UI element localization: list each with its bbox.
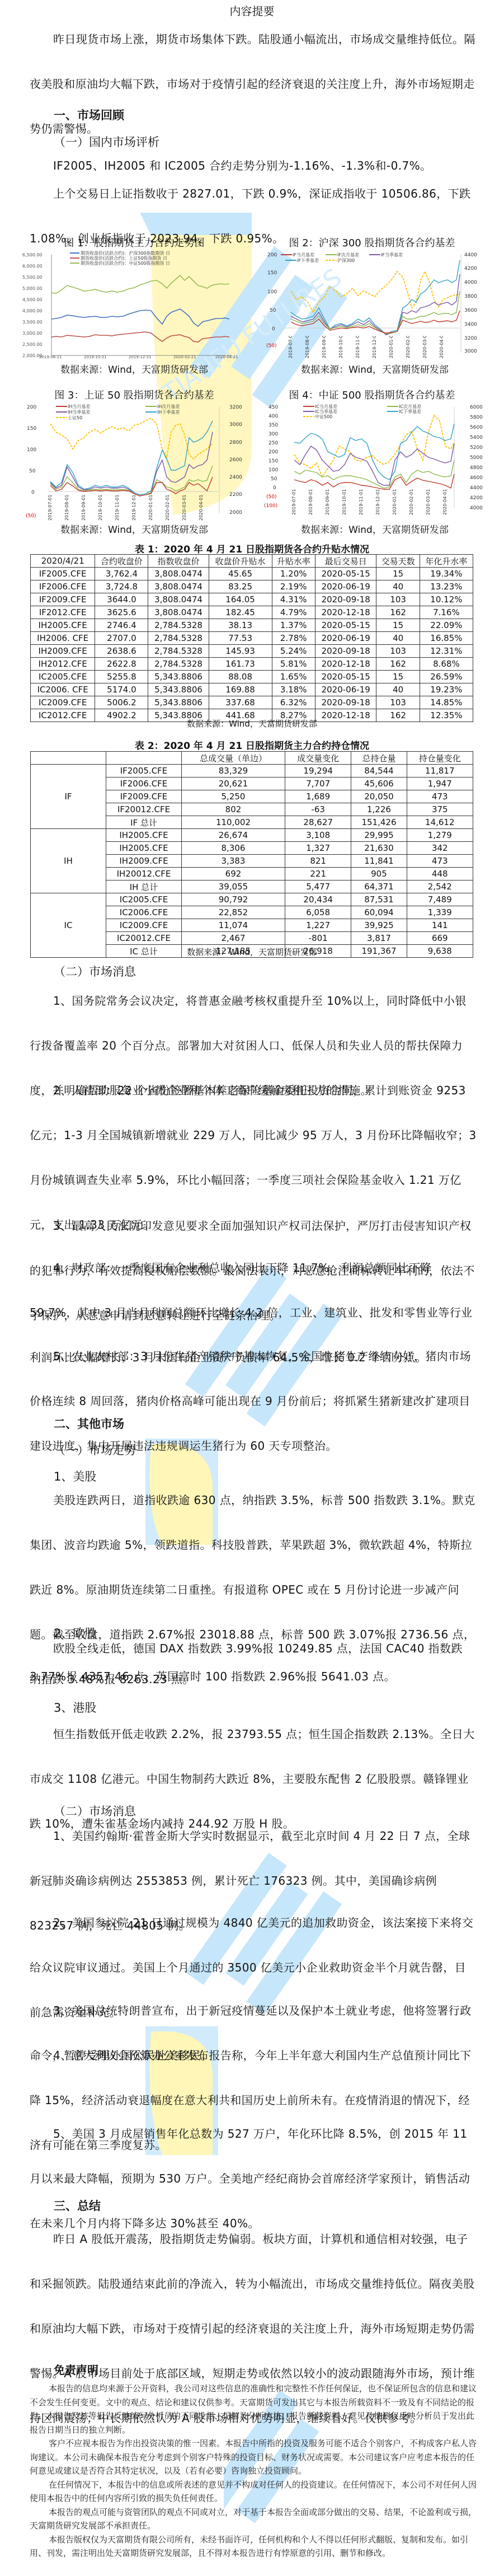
table-cell: 473 xyxy=(407,855,473,868)
figure-2-source: 数据来源：Wind，天富期货研发部 xyxy=(263,362,487,376)
table-cell: 2.19% xyxy=(272,580,315,593)
table-cell: IF2006.CFE xyxy=(106,778,182,790)
table-cell: 164.05 xyxy=(209,593,272,606)
svg-text:400: 400 xyxy=(269,414,278,419)
table-cell: IH 总计 xyxy=(106,880,182,893)
table-cell: 3,762.4 xyxy=(95,568,148,580)
table-row: IFIF2005.CFE83,32919,29484,54411,817 xyxy=(31,765,473,778)
table-cell: 5255.8 xyxy=(95,671,148,683)
svg-text:3,500.00: 3,500.00 xyxy=(22,320,43,325)
table-cell: 7.16% xyxy=(420,606,473,619)
svg-text:(50): (50) xyxy=(266,494,276,500)
svg-text:2020-04-01: 2020-04-01 xyxy=(199,495,204,521)
svg-text:2019-09-01: 2019-09-01 xyxy=(322,336,327,358)
table-cell: IH2005.CFE xyxy=(106,829,182,842)
svg-text:IH下季基差: IH下季基差 xyxy=(157,409,180,415)
table-cell: 20,434 xyxy=(285,893,351,906)
svg-text:5800: 5800 xyxy=(470,415,483,420)
disclaimer-paragraph: 本报告的信息均来源于公开资料，我公司对这些信息的准确性和完整性不作任何保证，也不… xyxy=(30,2382,477,2437)
svg-text:2000: 2000 xyxy=(229,510,242,516)
table-cell: 4.79% xyxy=(272,606,315,619)
table-cell: IF2009.CFE xyxy=(106,790,182,803)
table-cell: 6,058 xyxy=(285,906,351,919)
table-cell: 161.73 xyxy=(209,658,272,671)
table-cell: 5,477 xyxy=(285,880,351,893)
svg-text:2019-11-01: 2019-11-01 xyxy=(355,336,360,358)
svg-text:2020-03-01: 2020-03-01 xyxy=(426,489,431,516)
svg-text:3600: 3600 xyxy=(464,308,477,313)
svg-text:IC下季基差: IC下季基差 xyxy=(399,409,421,414)
svg-text:4400: 4400 xyxy=(470,485,483,491)
table-cell: 473 xyxy=(407,790,473,803)
svg-text:2019-11-01: 2019-11-01 xyxy=(359,489,364,516)
svg-text:350: 350 xyxy=(269,423,278,428)
table-cell: 22.09% xyxy=(420,619,473,632)
svg-text:5600: 5600 xyxy=(470,425,483,430)
table-cell: 12.31% xyxy=(420,645,473,658)
table-cell: 1,947 xyxy=(407,778,473,790)
table-cell: -63 xyxy=(285,803,351,816)
table-cell: IF2012.CFE xyxy=(31,606,95,619)
svg-text:2020-01-01: 2020-01-01 xyxy=(389,336,394,358)
svg-text:6,500.00: 6,500.00 xyxy=(22,252,43,257)
svg-text:2200: 2200 xyxy=(229,492,242,498)
table-cell: 3,808.0474 xyxy=(148,593,209,606)
table-row: ICIC2005.CFE90,79220,43487,5317,489 xyxy=(31,893,473,906)
figure-3-source: 数据来源：Wind，天富期货研发部 xyxy=(22,522,246,536)
table-cell: IF20012.CFE xyxy=(106,803,182,816)
svg-text:450: 450 xyxy=(269,405,278,410)
svg-text:2019-12-01: 2019-12-01 xyxy=(131,495,136,521)
svg-text:2019-07-01: 2019-07-01 xyxy=(48,495,53,521)
figure-3-chart: 200150100500(50) 32003000280026002400220… xyxy=(22,399,246,522)
table-row: IH2006. CFE2707.02,784.532877.532.78%202… xyxy=(31,632,473,645)
table-cell: 103 xyxy=(376,593,420,606)
table-cell: 342 xyxy=(407,842,473,855)
table-cell: 5,343.8806 xyxy=(148,683,209,696)
svg-text:4,000.00: 4,000.00 xyxy=(22,308,43,313)
table-cell: 21,630 xyxy=(351,842,407,855)
table-cell: 3,808.0474 xyxy=(148,580,209,593)
svg-text:4200: 4200 xyxy=(464,266,477,271)
table-cell: 88.08 xyxy=(209,671,272,683)
disclaimer-title: 免责声明 xyxy=(54,2361,98,2377)
header-cell: 年化升水率 xyxy=(420,555,473,568)
section-heading-conclusion: 三、总结 xyxy=(54,2197,101,2214)
table-cell: 669 xyxy=(407,932,473,945)
table-cell: 1,226 xyxy=(351,803,407,816)
table-cell: IH20012.CFE xyxy=(106,868,182,880)
svg-text:2020-01-01: 2020-01-01 xyxy=(148,495,153,521)
figure-2-x-axis: 2019-07-012019-08-01 2019-09-012019-10-0… xyxy=(263,336,453,361)
svg-text:6000: 6000 xyxy=(470,405,483,410)
table-cell: IC2009.CFE xyxy=(106,919,182,932)
svg-text:IH当月基差: IH当月基差 xyxy=(68,404,90,409)
table-cell: 38.13 xyxy=(209,619,272,632)
svg-text:200: 200 xyxy=(27,405,36,410)
table-cell: 5174.0 xyxy=(95,683,148,696)
disclaimer-paragraph: 本报告版权仅为天富期货有限公司所有，未经书面许可，任何机构和个人不得以任何形式翻… xyxy=(30,2533,477,2560)
table-cell: 2622.8 xyxy=(95,658,148,671)
svg-text:250: 250 xyxy=(269,441,278,446)
table-cell: 45,606 xyxy=(351,778,407,790)
header-cell: 收盘价升贴水 xyxy=(209,555,272,568)
svg-text:2020-04-01: 2020-04-01 xyxy=(439,336,444,358)
table-cell: 10.12% xyxy=(420,593,473,606)
figure-4-source: 数据来源：Wind，天富期货研发部 xyxy=(263,522,487,536)
svg-text:5400: 5400 xyxy=(470,435,483,441)
table-cell: IH2012.CFE xyxy=(31,658,95,671)
table-cell: 15 xyxy=(376,619,420,632)
svg-text:50: 50 xyxy=(271,476,277,482)
table-cell: 2,542 xyxy=(407,880,473,893)
group-label-cell: IF xyxy=(31,765,106,829)
table-cell: 39,925 xyxy=(351,919,407,932)
table-cell: 40 xyxy=(376,683,420,696)
svg-text:2019-10-01: 2019-10-01 xyxy=(342,489,347,516)
table-cell: 87,531 xyxy=(351,893,407,906)
svg-text:中证500: 中证500 xyxy=(315,414,332,419)
svg-text:4000: 4000 xyxy=(464,280,477,285)
svg-text:4400: 4400 xyxy=(464,252,477,258)
table-2: 总成交量（单边） 成交量变化 总持仓量 持仓量变化 IFIF2005.CFE83… xyxy=(30,751,473,958)
table-cell: 375 xyxy=(407,803,473,816)
table-cell: 15 xyxy=(376,568,420,580)
svg-text:3000: 3000 xyxy=(464,349,477,354)
svg-text:100: 100 xyxy=(267,289,277,295)
table-cell: 16.85% xyxy=(420,632,473,645)
svg-text:4800: 4800 xyxy=(470,465,483,471)
table-cell: 5,343.8806 xyxy=(148,696,209,709)
table-cell: IF2005.CFE xyxy=(106,765,182,778)
table-cell: 7,707 xyxy=(285,778,351,790)
table-cell: 45.65 xyxy=(209,568,272,580)
svg-text:6,000.00: 6,000.00 xyxy=(22,264,43,269)
svg-text:2020-03-01: 2020-03-01 xyxy=(182,495,187,521)
table-cell: 83.25 xyxy=(209,580,272,593)
svg-text:(100): (100) xyxy=(264,503,277,509)
table-cell: 15 xyxy=(376,671,420,683)
svg-text:IC当季基差: IC当季基差 xyxy=(315,409,337,414)
table-cell: 20,050 xyxy=(351,790,407,803)
table-cell: 26.59% xyxy=(420,671,473,683)
svg-text:IC次月基差: IC次月基差 xyxy=(399,404,421,409)
svg-text:2020-04-21: 2020-04-21 xyxy=(215,355,238,358)
table-cell: IH2009.CFE xyxy=(31,645,95,658)
header-cell xyxy=(31,752,106,765)
table-cell: 22,852 xyxy=(182,906,285,919)
table-cell: IC20012.CFE xyxy=(106,932,182,945)
table-cell: 13.23% xyxy=(420,580,473,593)
summary-paragraph: 昨日现货市场上涨，期货市场集体下跌。陆股通小幅流出，市场成交量维持低位。隔夜美股… xyxy=(30,17,477,151)
svg-text:2019-07-01: 2019-07-01 xyxy=(288,336,293,358)
table-1-source: 数据来源：Wind，天富期货研发部 xyxy=(0,718,504,729)
header-cell: 交易天数 xyxy=(376,555,420,568)
subsection-heading-market-news: （二）市场消息 xyxy=(54,963,136,980)
table-cell: 28,627 xyxy=(285,816,351,829)
disclaimer-paragraph: 客户不应视本报告为作出投资决策的惟一因素。本报告中所指的投资及服务可能不适合个别… xyxy=(30,2437,477,2478)
svg-text:2019-10-21: 2019-10-21 xyxy=(84,355,107,358)
table-1-body: IF2005.CFE3,762.43,808.047445.651.20%202… xyxy=(31,568,473,722)
table-cell: 145.93 xyxy=(209,645,272,658)
table-cell: 2,784.5328 xyxy=(148,658,209,671)
figure-1-chart: 6,500.006,000.005,500.00 5,000.004,500.0… xyxy=(22,246,246,358)
svg-text:2019-08-01: 2019-08-01 xyxy=(305,336,310,358)
table-cell: 5.24% xyxy=(272,645,315,658)
table-cell: IF2006.CFE xyxy=(31,580,95,593)
svg-text:4,500.00: 4,500.00 xyxy=(22,297,43,302)
subsection-heading-market-trend: （一）市场走势 xyxy=(54,1441,136,1458)
table-cell: 2020-12-18 xyxy=(315,658,376,671)
eu-stocks-paragraph: 欧股全线走低，德国 DAX 指数跌 3.99%报 10249.85 点，法国 C… xyxy=(30,1634,477,1690)
table-cell: 1.65% xyxy=(272,671,315,683)
table-cell: 19,294 xyxy=(285,765,351,778)
svg-text:3,000.00: 3,000.00 xyxy=(22,331,43,336)
table-cell: 692 xyxy=(182,868,285,880)
header-cell: 成交量变化 xyxy=(285,752,351,765)
section-heading-market-review: 一、市场回顾 xyxy=(54,106,124,123)
table-cell: 77.53 xyxy=(209,632,272,645)
header-cell: 最后交易日 xyxy=(315,555,376,568)
table-cell: 1,689 xyxy=(285,790,351,803)
table-cell: 5006.2 xyxy=(95,696,148,709)
table-cell: 11,074 xyxy=(182,919,285,932)
svg-text:IC当月基差: IC当月基差 xyxy=(315,404,337,409)
svg-text:200: 200 xyxy=(267,252,277,258)
svg-text:3800: 3800 xyxy=(464,294,477,299)
table-cell: 29,995 xyxy=(351,829,407,842)
header-cell: 升贴水率 xyxy=(272,555,315,568)
svg-text:2,500.00: 2,500.00 xyxy=(22,342,43,347)
table-row: IF2006.CFE3,724.83,808.047483.252.19%202… xyxy=(31,580,473,593)
svg-text:2019-11-01: 2019-11-01 xyxy=(115,495,120,521)
svg-text:3000: 3000 xyxy=(229,422,242,428)
svg-text:5,500.00: 5,500.00 xyxy=(22,275,43,280)
table-row: IF2012.CFE3625.63,808.0474182.454.79%202… xyxy=(31,606,473,619)
header-cell xyxy=(106,752,182,765)
table-cell: 2,784.5328 xyxy=(148,645,209,658)
header-cell: 合约收盘价 xyxy=(95,555,148,568)
svg-text:期货收盘价(活跃合约)：上证50股指期货 日: 期货收盘价(活跃合约)：上证50股指期货 日 xyxy=(81,255,167,261)
table-cell: IF2009.CFE xyxy=(31,593,95,606)
table-cell: IC2005.CFE xyxy=(106,893,182,906)
svg-text:4000: 4000 xyxy=(470,505,483,511)
table-row: IC2005.CFE5255.85,343.880688.081.65%2020… xyxy=(31,671,473,683)
table-cell: 60,094 xyxy=(351,906,407,919)
table-cell: 905 xyxy=(351,868,407,880)
table-cell: 83,329 xyxy=(182,765,285,778)
table-cell: 5,343.8806 xyxy=(148,671,209,683)
table-cell: 7,489 xyxy=(407,893,473,906)
table-cell: 3,108 xyxy=(285,829,351,842)
table-cell: 40 xyxy=(376,580,420,593)
table-cell: 169.88 xyxy=(209,683,272,696)
table-cell: 2,467 xyxy=(182,932,285,945)
disclaimer-paragraph: 在任何情况下，本报告中的信息或所表述的意见并不构成对任何人的投资建议。在任何情况… xyxy=(30,2478,477,2505)
table-cell: 1,279 xyxy=(407,829,473,842)
table-cell: 2020-09-18 xyxy=(315,696,376,709)
table-cell: 14,612 xyxy=(407,816,473,829)
table-cell: 40 xyxy=(376,632,420,645)
svg-text:2019-07-01: 2019-07-01 xyxy=(291,489,296,516)
svg-text:IF当季基差: IF当季基差 xyxy=(381,252,403,257)
table-cell: 3.18% xyxy=(272,683,315,696)
table-row: IC2006. CFE5174.05,343.8806169.883.18%20… xyxy=(31,683,473,696)
table-cell: 221 xyxy=(285,868,351,880)
table-row: IHIH2005.CFE26,6743,10829,9951,279 xyxy=(31,829,473,842)
svg-text:150: 150 xyxy=(269,458,278,464)
table-cell: 448 xyxy=(407,868,473,880)
table-cell: 1,339 xyxy=(407,906,473,919)
svg-text:2019-10-01: 2019-10-01 xyxy=(338,336,343,358)
svg-text:0: 0 xyxy=(272,326,275,332)
svg-text:4600: 4600 xyxy=(470,475,483,481)
svg-text:2019-08-01: 2019-08-01 xyxy=(308,489,313,516)
table-cell: 3644.0 xyxy=(95,593,148,606)
table-cell: 39,055 xyxy=(182,880,285,893)
svg-text:2020-02-01: 2020-02-01 xyxy=(409,489,414,516)
table-cell: 2,784.5328 xyxy=(148,619,209,632)
table-cell: 3,724.8 xyxy=(95,580,148,593)
svg-text:4200: 4200 xyxy=(470,495,483,501)
svg-text:2019-12-01: 2019-12-01 xyxy=(375,489,380,516)
svg-text:100: 100 xyxy=(269,467,278,473)
table-cell: IC2005.CFE xyxy=(31,671,95,683)
table-cell: IF 总计 xyxy=(106,816,182,829)
table-cell: IC2006. CFE xyxy=(31,683,95,696)
table-cell: IH2005.CFE xyxy=(31,619,95,632)
table-cell: 2707.0 xyxy=(95,632,148,645)
svg-text:2600: 2600 xyxy=(229,457,242,463)
svg-text:2020-03-01: 2020-03-01 xyxy=(422,336,427,358)
table-cell: 8,306 xyxy=(182,842,285,855)
table-cell: 103 xyxy=(376,645,420,658)
table-row: IH2012.CFE2622.82,784.5328161.735.81%202… xyxy=(31,658,473,671)
svg-text:2800: 2800 xyxy=(229,440,242,446)
table-cell: IH2006. CFE xyxy=(31,632,95,645)
disclaimer-paragraph: 本报告的观点可能与资管团队的观点不同或对立，对于基于本报告全面或部分做出的交易、… xyxy=(30,2505,477,2533)
table-cell: 1,227 xyxy=(285,919,351,932)
table-cell: 64,371 xyxy=(351,880,407,893)
table-cell: 5.81% xyxy=(272,658,315,671)
svg-text:3200: 3200 xyxy=(229,405,242,410)
table-cell: 1,327 xyxy=(285,842,351,855)
svg-text:2400: 2400 xyxy=(229,475,242,480)
table-cell: 3,808.0474 xyxy=(148,606,209,619)
svg-text:2020-02-21: 2020-02-21 xyxy=(173,355,196,358)
table-cell: 11,841 xyxy=(351,855,407,868)
table-cell: IF2005.CFE xyxy=(31,568,95,580)
table-row: IH2005.CFE2746.42,784.532838.131.37%2020… xyxy=(31,619,473,632)
header-cell: 总成交量（单边） xyxy=(182,752,285,765)
table-2-body: IFIF2005.CFE83,32919,29484,54411,817IF20… xyxy=(31,765,473,958)
svg-text:2020-02-01: 2020-02-01 xyxy=(165,495,170,521)
section-heading-other-markets: 二、其他市场 xyxy=(54,1415,124,1432)
table-cell: 26,674 xyxy=(182,829,285,842)
table-1-title: 表 1：2020 年 4 月 21 日股指期货各合约升贴水情况 xyxy=(0,541,504,555)
figure-4-chart: 450400350300250200150100500(50)(100) 600… xyxy=(263,399,492,516)
table-cell: 14.85% xyxy=(420,696,473,709)
figure-1-source: 数据来源：Wind，天富期货研发部 xyxy=(22,362,246,376)
table-cell: 2020-09-18 xyxy=(315,593,376,606)
svg-text:2019-06-21: 2019-06-21 xyxy=(39,355,62,358)
svg-text:2020-02-01: 2020-02-01 xyxy=(406,336,411,358)
table-cell: 182.45 xyxy=(209,606,272,619)
table-cell: 821 xyxy=(285,855,351,868)
svg-text:50: 50 xyxy=(29,469,36,474)
svg-text:沪深300: 沪深300 xyxy=(337,257,355,263)
table-cell: 103 xyxy=(376,696,420,709)
table-cell: 19.23% xyxy=(420,683,473,696)
svg-text:2019-09-01: 2019-09-01 xyxy=(81,495,86,521)
svg-text:5200: 5200 xyxy=(470,445,483,451)
svg-text:期货收盘价(活跃合约)：中证500股指期货 日: 期货收盘价(活跃合约)：中证500股指期货 日 xyxy=(81,260,170,266)
svg-text:2019-10-01: 2019-10-01 xyxy=(98,495,103,521)
table-1-header-row: 2020/4/21 合约收盘价 指数收盘价 收盘价升贴水 升贴水率 最后交易日 … xyxy=(31,555,473,568)
table-cell: 20,621 xyxy=(182,778,285,790)
table-cell: 4.31% xyxy=(272,593,315,606)
table-cell: 19.34% xyxy=(420,568,473,580)
table-cell: 2020-06-19 xyxy=(315,683,376,696)
svg-text:2020-01-01: 2020-01-01 xyxy=(392,489,397,516)
table-1: 2020/4/21 合约收盘价 指数收盘价 收盘价升贴水 升贴水率 最后交易日 … xyxy=(30,554,473,722)
table-cell: -801 xyxy=(285,932,351,945)
svg-text:2019-09-01: 2019-09-01 xyxy=(325,489,330,516)
table-cell: 2020-05-15 xyxy=(315,568,376,580)
table-cell: 2,784.5328 xyxy=(148,632,209,645)
svg-text:(50): (50) xyxy=(26,513,36,519)
table-row: IF2005.CFE3,762.43,808.047445.651.20%202… xyxy=(31,568,473,580)
svg-text:150: 150 xyxy=(267,270,277,276)
table-cell: 6.32% xyxy=(272,696,315,709)
svg-text:IF次月基差: IF次月基差 xyxy=(337,252,359,257)
table-cell: 2638.6 xyxy=(95,645,148,658)
table-cell: 2020-06-19 xyxy=(315,580,376,593)
svg-text:2019-12-21: 2019-12-21 xyxy=(129,355,152,358)
table-cell: 141 xyxy=(407,919,473,932)
header-cell: 总持仓量 xyxy=(351,752,407,765)
table-cell: 2020-06-19 xyxy=(315,632,376,645)
svg-text:IH当季基差: IH当季基差 xyxy=(68,409,90,415)
table-cell: 84,544 xyxy=(351,765,407,778)
svg-text:3200: 3200 xyxy=(464,336,477,341)
svg-text:0: 0 xyxy=(31,490,35,495)
svg-text:5,000.00: 5,000.00 xyxy=(22,286,43,291)
table-cell: 2020-05-15 xyxy=(315,619,376,632)
table-cell: 3625.6 xyxy=(95,606,148,619)
svg-text:300: 300 xyxy=(269,432,278,437)
table-cell: 1.20% xyxy=(272,568,315,580)
svg-text:2020-04-01: 2020-04-01 xyxy=(442,489,448,516)
group-label-cell: IH xyxy=(31,829,106,893)
table-cell: 3,817 xyxy=(351,932,407,945)
table-row: IH2009.CFE2638.62,784.5328145.935.24%202… xyxy=(31,645,473,658)
header-cell: 指数收盘价 xyxy=(148,555,209,568)
svg-text:IH次月基差: IH次月基差 xyxy=(157,404,180,409)
table-cell: IH2005.CFE xyxy=(106,842,182,855)
table-cell: 11,817 xyxy=(407,765,473,778)
table-cell: 90,792 xyxy=(182,893,285,906)
table-cell: IC2006.CFE xyxy=(106,906,182,919)
table-cell: 162 xyxy=(376,606,420,619)
svg-text:期货收盘价(活跃合约)：沪深300指数期货 日: 期货收盘价(活跃合约)：沪深300指数期货 日 xyxy=(81,250,170,256)
table-row: IF2009.CFE3644.03,808.0474164.054.31%202… xyxy=(31,593,473,606)
svg-text:IF当月基差: IF当月基差 xyxy=(293,252,314,257)
table-row: IC2009.CFE5006.25,343.8806337.686.32%202… xyxy=(31,696,473,709)
table-cell: 110,002 xyxy=(182,816,285,829)
svg-text:50: 50 xyxy=(270,308,276,313)
document-page: TIANFU FUTURES 内容提要 昨日现货市场上涨，期货市场集体下跌。陆股… xyxy=(0,0,504,2576)
